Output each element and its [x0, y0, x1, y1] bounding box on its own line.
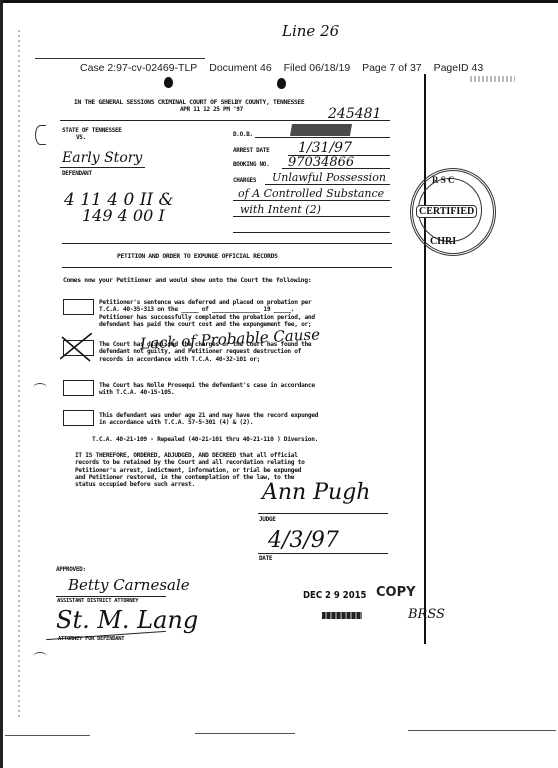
- charges-rule-1: [265, 184, 390, 185]
- ada-label: ASSISTANT DISTRICT ATTORNEY: [57, 598, 138, 604]
- case-header: Case 2:97-cv-02469-TLP Document 46 Filed…: [80, 62, 492, 74]
- scan-noise: [470, 76, 515, 82]
- charges-rule-2: [233, 200, 390, 201]
- repealed-note: T.C.A. 40-21-109 - Repealed (40-21-101 t…: [92, 436, 318, 443]
- scan-top-border: [0, 0, 558, 3]
- ada-line: [56, 596, 166, 597]
- defense-label: ATTORNEY FOR DEFENDANT: [58, 636, 124, 642]
- charges-rule-3: [233, 216, 390, 217]
- vs-label: VS.: [76, 134, 86, 141]
- bottom-rule-3: [408, 730, 556, 731]
- scan-left-border: [0, 0, 3, 768]
- court-title: IN THE GENERAL SESSIONS CRIMINAL COURT O…: [74, 99, 304, 106]
- judge-signature: Ann Pugh: [262, 480, 370, 505]
- handwritten-code-2: 149 4 00 I: [82, 206, 165, 225]
- seal-bottom-text: CHRI: [430, 236, 456, 247]
- petition-title: PETITION AND ORDER TO EXPUNGE OFFICIAL R…: [117, 253, 278, 260]
- bottom-rule-1: [5, 735, 90, 736]
- clerk-initials: BRSS: [408, 607, 445, 622]
- defendant-name: Early Story: [62, 150, 142, 166]
- handwritten-line-note: Line 26: [282, 22, 339, 40]
- bottom-rule-2: [195, 733, 295, 734]
- date-line: [258, 553, 388, 554]
- dob-redaction: [290, 124, 352, 136]
- option-deferred-checkbox[interactable]: [63, 299, 94, 315]
- option-dismissed-text: The Court has dismissed the charges or t…: [99, 341, 311, 363]
- ada-signature: Betty Carnesale: [68, 576, 190, 594]
- option-nolle-text: The Court has Nolle Prosequi the defenda…: [99, 382, 315, 397]
- petition-intro: Comes now your Petitioner and would show…: [63, 276, 311, 284]
- margin-curl-1: [35, 125, 46, 145]
- judge-line: [258, 513, 388, 514]
- punch-hole-left: [164, 77, 173, 88]
- state-label: STATE OF TENNESSEE: [62, 127, 122, 134]
- booking-no-line: [282, 168, 390, 169]
- seal-top-text: R S C: [432, 175, 455, 185]
- margin-curl-3: [33, 652, 47, 661]
- document-number: Document 46: [209, 62, 271, 74]
- order-date-value: 4/3/97: [268, 528, 339, 553]
- arrest-date-label: ARREST DATE: [233, 147, 269, 154]
- charges-rule-4: [233, 232, 390, 233]
- header-rule: [35, 58, 205, 59]
- scan-margin-noise: [18, 30, 20, 720]
- seal-certified-text: CERTIFIED: [416, 205, 477, 218]
- defendant-label: DEFENDANT: [62, 170, 92, 177]
- clerk-date-stamp: DEC 2 9 2015: [303, 590, 366, 601]
- option-dismissed-checkbox[interactable]: [63, 340, 94, 356]
- date-label: DATE: [259, 555, 272, 562]
- judge-label: JUDGE: [259, 516, 276, 523]
- dob-label: D.O.B.: [233, 131, 253, 138]
- petition-top-rule: [62, 243, 392, 244]
- filed-time-stamp: APR 11 12 25 PM '97: [180, 106, 243, 113]
- copy-stamp: COPY: [376, 585, 416, 600]
- defendant-line: [60, 167, 145, 168]
- title-rule: [60, 120, 390, 121]
- petition-bottom-rule: [62, 267, 392, 268]
- filed-date: Filed 06/18/19: [284, 62, 351, 74]
- charges-line-1: Unlawful Possession: [272, 171, 386, 184]
- case-number: Case 2:97-cv-02469-TLP: [80, 62, 197, 74]
- charges-label: CHARGES: [233, 177, 256, 184]
- arrest-date-value: 1/31/97: [298, 140, 352, 156]
- punch-hole-right: [277, 78, 286, 89]
- page-id: PageID 43: [434, 62, 484, 74]
- page-count: Page 7 of 37: [362, 62, 422, 74]
- defense-signature: St. M. Lang: [56, 606, 198, 634]
- charges-line-3: with Intent (2): [240, 203, 321, 216]
- dob-line: [255, 137, 390, 138]
- option-under21-checkbox[interactable]: [63, 410, 94, 426]
- booking-no-label: BOOKING NO.: [233, 161, 269, 168]
- option-deferred-text: Petitioner's sentence was deferred and p…: [99, 299, 315, 328]
- clerk-stamp-smudge: [322, 612, 362, 619]
- margin-curl-2: [33, 383, 47, 392]
- checkmark-x-icon: [60, 333, 92, 363]
- option-under21-text: This defendant was under age 21 and may …: [99, 412, 318, 427]
- approved-label: APPROVED:: [56, 566, 86, 573]
- option-nolle-checkbox[interactable]: [63, 380, 94, 396]
- charges-line-2: of A Controlled Substance: [238, 187, 384, 200]
- scan-vertical-line: [424, 74, 426, 644]
